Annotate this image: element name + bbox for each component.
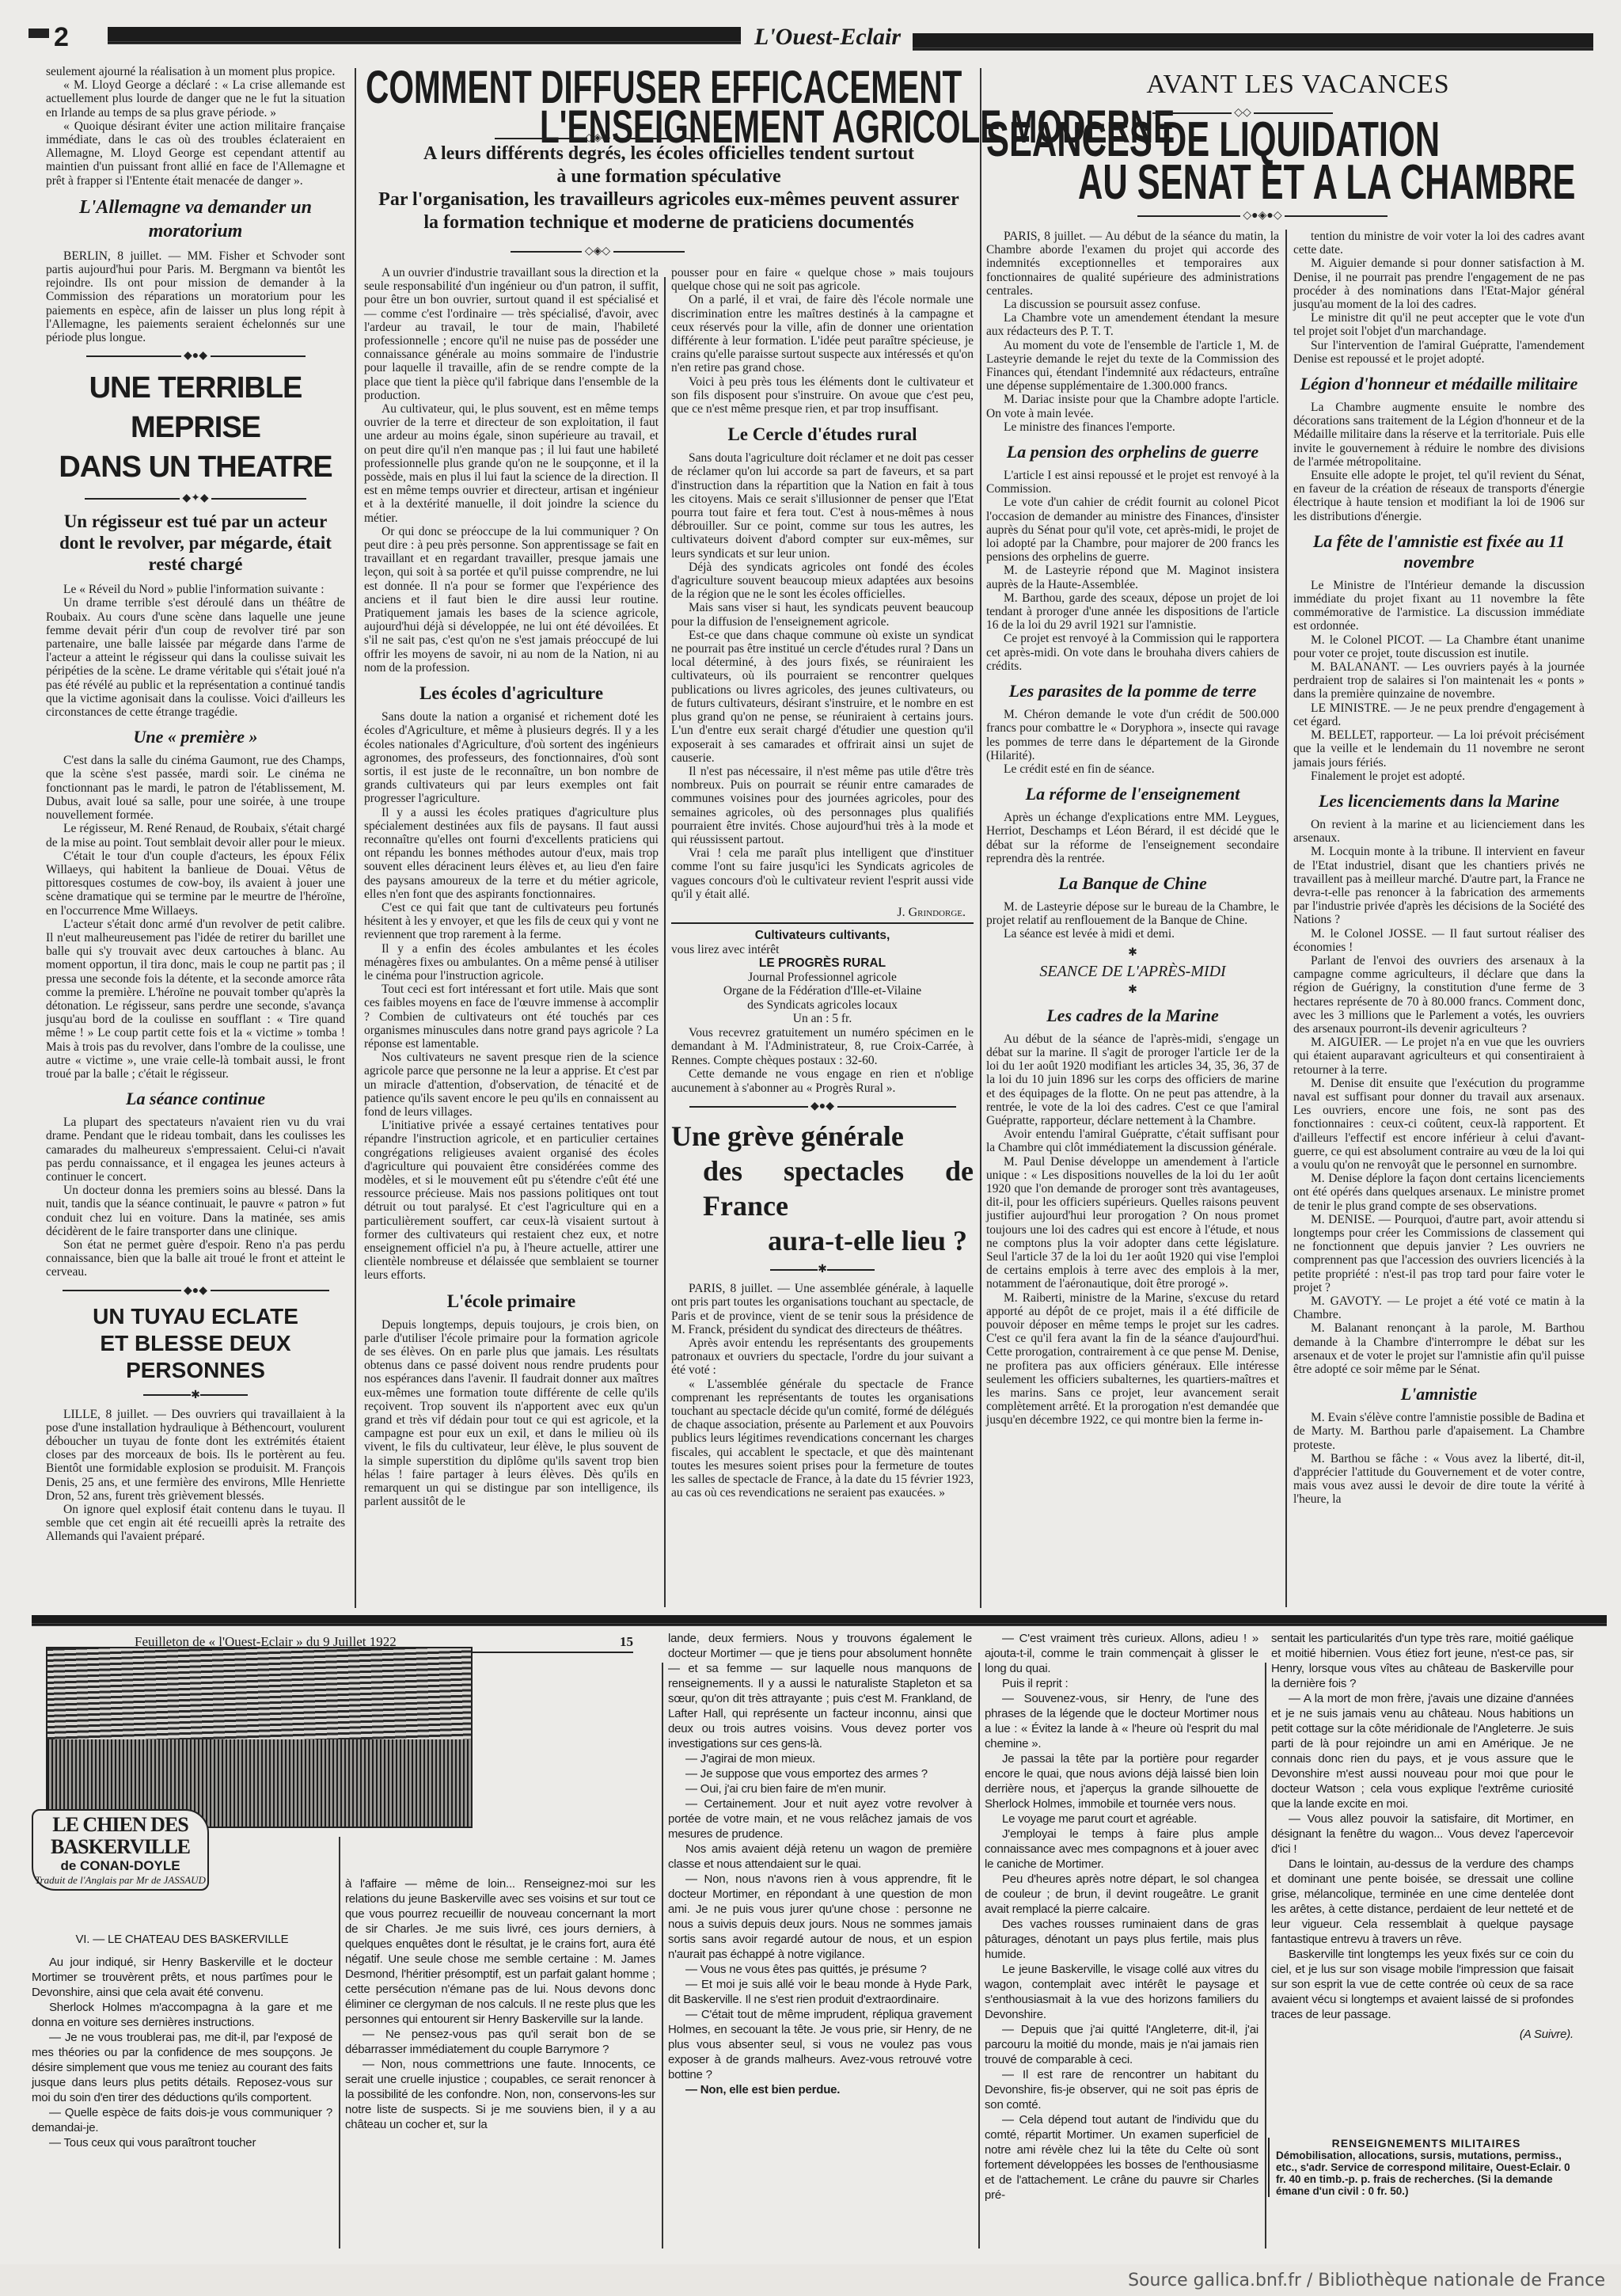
column-2: A un ouvrier d'industrie travaillant sou… [364, 266, 659, 1508]
paragraph: « Quoique désirant éviter une action mil… [46, 120, 345, 188]
paragraph: Ce projet est renvoyé à la Commission qu… [986, 632, 1279, 673]
paragraph: M. GAVOTY. — Le projet a été voté ce mat… [1293, 1294, 1585, 1321]
deck-line: la formation technique et moderne de pra… [364, 211, 974, 234]
masthead-rule [28, 29, 49, 38]
paragraph: M. Denise dit ensuite que l'exécution du… [1293, 1077, 1585, 1172]
paragraph: Le jeune Baskerville, le visage collé au… [985, 1962, 1258, 2022]
paragraph: M. Chéron demande le vote d'un crédit de… [986, 708, 1279, 762]
chapter-title: VI. — LE CHATEAU DES BASKERVILLE [32, 1932, 332, 1947]
column-rule [664, 277, 666, 1607]
paragraph: Au début de la séance de l'après-midi, s… [986, 1032, 1279, 1127]
column-5: tention du ministre de voir voter la loi… [1293, 230, 1585, 1507]
paragraph: M. de Lasteyrie répond que M. Maginot in… [986, 564, 1279, 591]
paragraph: Il y a enfin des écoles ambulantes et le… [364, 942, 659, 983]
paragraph: — Certainement. Jour et nuit ayez votre … [668, 1796, 972, 1842]
paragraph: — Tous ceux qui vous paraîtront toucher [32, 2135, 332, 2150]
paragraph: A un ouvrier d'industrie travaillant sou… [364, 266, 659, 402]
paragraph: — Non, elle est bien perdue. [668, 2082, 972, 2097]
masthead-rule-left [108, 27, 741, 44]
paragraph: — Il est rare de rencontrer un habitant … [985, 2067, 1258, 2112]
paragraph: Ensuite elle adopte le projet, tel qu'il… [1293, 469, 1585, 523]
ad-line: Organe de la Fédération d'Ille-et-Vilain… [671, 984, 974, 998]
column-1: seulement ajourné la réalisation à un mo… [46, 65, 345, 1544]
paragraph: « L'assemblée générale du spectacle de F… [671, 1378, 974, 1500]
story-translator: Traduit de l'Anglais par Mr de JASSAUD [33, 1874, 207, 1887]
subheading: La fête de l'amnistie est fixée au 11 no… [1293, 531, 1585, 572]
headline-line: DANS UN THEATRE [46, 447, 345, 487]
paragraph: — Souvenez-vous, sir Henry, de l'une des… [985, 1691, 1258, 1751]
column-rule [1285, 230, 1287, 1607]
headline-line: Une grève générale [671, 1119, 974, 1154]
paragraph: Le ministre dit qu'il ne peut accepter q… [1293, 311, 1585, 338]
paragraph: — Ne pensez-vous pas qu'il serait bon de… [345, 2027, 655, 2057]
paragraph: M. BALANANT. — Les ouvriers payés à la j… [1293, 660, 1585, 701]
column-rule [1265, 1663, 1266, 2248]
paragraph: M. le Colonel JOSSE. — Il faut surtout r… [1293, 927, 1585, 954]
paragraph: seulement ajourné la réalisation à un mo… [46, 65, 345, 78]
ad-title: LE PROGRÈS RURAL [671, 956, 974, 971]
paragraph: pousser pour en faire « quelque chose » … [671, 266, 974, 293]
headline-line: UN TUYAU ECLATE [46, 1303, 345, 1330]
ornament-divider: ✱ [986, 946, 1279, 960]
headline-line: UNE TERRIBLE MEPRISE [46, 368, 345, 447]
paragraph: — Vous allez pouvoir la satisfaire, dit … [1271, 1811, 1574, 1857]
ornament-divider: ✱ [46, 1389, 345, 1403]
column-4: PARIS, 8 juillet. — Au début de la séanc… [986, 230, 1279, 1427]
paragraph: Le Ministre de l'Intérieur demande la di… [1293, 579, 1585, 633]
paragraph: La plupart des spectateurs n'avaient rie… [46, 1116, 345, 1184]
masthead-rule-right [913, 33, 1593, 51]
subheading: L'école primaire [364, 1291, 659, 1312]
subheading: L'amnistie [1293, 1384, 1585, 1405]
subheading: La réforme de l'enseignement [986, 784, 1279, 804]
paragraph: Sans douta l'agriculture doit réclamer e… [671, 451, 974, 561]
ad-body: Cette demande ne vous engage en rien et … [671, 1067, 974, 1095]
subheading: La pension des orphelins de guerre [986, 442, 1279, 462]
paragraph: lande, deux fermiers. Nous y trouvons ég… [668, 1631, 972, 1751]
paragraph: M. Locquin monte à la tribune. Il interv… [1293, 845, 1585, 926]
subheading: Les cadres de la Marine [986, 1005, 1279, 1026]
paragraph: L'article I est ainsi repoussé et le pro… [986, 469, 1279, 496]
subheading: Les écoles d'agriculture [364, 682, 659, 704]
feuilleton-column-3: lande, deux fermiers. Nous y trouvons ég… [668, 1631, 972, 2097]
masthead: 2 L'Ouest-Eclair [14, 22, 1597, 51]
paragraph: Au cultivateur, qui, le plus souvent, es… [364, 402, 659, 525]
title-cartouche: LE CHIEN DES BASKERVILLE de CONAN-DOYLE … [32, 1809, 209, 1891]
column-3: pousser pour en faire « quelque chose » … [671, 266, 974, 1500]
paragraph: M. de Lasteyrie dépose sur le bureau de … [986, 900, 1279, 927]
paragraph: Sherlock Holmes m'accompagna à la gare e… [32, 2000, 332, 2030]
headline-greve: Une grève générale des spectacles de Fra… [671, 1119, 974, 1258]
subheading: Les parasites de la pomme de terre [986, 681, 1279, 701]
paragraph: Déjà des syndicats agricoles ont fondé d… [671, 561, 974, 602]
paragraph: sentait les particularités d'un type trè… [1271, 1631, 1574, 1691]
paragraph: M. Paul Denise développe un amendement à… [986, 1155, 1279, 1291]
paragraph: PARIS, 8 juillet. — Au début de la séanc… [986, 230, 1279, 298]
page-number: 2 [54, 22, 69, 53]
paragraph: M. Barthou se fâche : « Vous avez la lib… [1293, 1452, 1585, 1507]
ornament-divider: ◇●◈●◇ [1096, 209, 1429, 223]
newspaper-name: L'Ouest-Eclair [754, 24, 901, 51]
paragraph: Vrai ! cela me paraît plus intelligent q… [671, 846, 974, 901]
paragraph: M. DENISE. — Pourquoi, d'autre part, avo… [1293, 1213, 1585, 1294]
paragraph: Nos cultivateurs ne savent presque rien … [364, 1051, 659, 1119]
ornament-divider: ◆●◆ [46, 1284, 345, 1298]
paragraph: Il n'est pas nécessaire, il n'est même p… [671, 765, 974, 846]
paragraph: — Quelle espèce de faits dois-je vous co… [32, 2105, 332, 2135]
headline-line: AU SENAT ET A LA CHAMBRE [1078, 160, 1575, 206]
paragraph: Peu d'heures après notre départ, le sol … [985, 1872, 1258, 1917]
feuilleton-column-5: sentait les particularités d'un type trè… [1271, 1631, 1574, 2042]
headline-moratorium: L'Allemagne va demander un moratorium [46, 196, 345, 243]
paragraph: — C'était tout de même imprudent, répliq… [668, 2007, 972, 2082]
paragraph: — Vous ne vous êtes pas quittés, je prés… [668, 1962, 972, 1977]
ornament-divider: ✱ [671, 1263, 974, 1277]
deck-theatre: Un régisseur est tué par un acteur dont … [46, 511, 345, 575]
ornament-divider: ◇◈◇ [479, 245, 716, 259]
paragraph: tention du ministre de voir voter la loi… [1293, 230, 1585, 257]
paragraph: Après un échange d'explications entre MM… [986, 811, 1279, 865]
paragraph: PARIS, 8 juillet. — Une assemblée généra… [671, 1282, 974, 1336]
paragraph: Son état ne permet guère d'espoir. Reno … [46, 1238, 345, 1279]
ornament-divider: ✱ [986, 983, 1279, 998]
article-greve: Une grève générale des spectacles de Fra… [671, 1119, 974, 1500]
kicker: AVANT LES VACANCES [981, 70, 1615, 100]
paragraph: L'initiative privée a essayé certaines t… [364, 1119, 659, 1282]
paragraph: Je passai la tête par la portière pour r… [985, 1751, 1258, 1811]
illustration-moor [46, 1647, 473, 1828]
paragraph: Au jour indiqué, sir Henry Baskerville e… [32, 1955, 332, 2000]
paragraph: C'est ce qui fait que tant de cultivateu… [364, 901, 659, 942]
paragraph: Après avoir entendu les représentants de… [671, 1336, 974, 1378]
headline-line: des spectacles de France [671, 1154, 974, 1223]
paragraph: M. Raiberti, ministre de la Marine, s'ex… [986, 1291, 1279, 1427]
paragraph: On ignore quel explosif était contenu da… [46, 1503, 345, 1544]
paragraph: — Cela dépend tout autant de l'individu … [985, 2112, 1258, 2203]
notice-renseignements-militaires: RENSEIGNEMENTS MILITAIRES Démobilisation… [1268, 2138, 1577, 2197]
subheading: Les licenciements dans la Marine [1293, 791, 1585, 812]
feuilleton-column-4: — C'est vraiment très curieux. Allons, a… [985, 1631, 1258, 2203]
paragraph: M. Balanant renonçant à la parole, M. Ba… [1293, 1321, 1585, 1376]
paragraph: On a parlé, il et vrai, de faire dès l'é… [671, 293, 974, 374]
paragraph: — Depuis que j'ai quitté l'Angleterre, d… [985, 2022, 1258, 2067]
column-rule [355, 68, 356, 1608]
paragraph: — A la mort de mon frère, j'avais une di… [1271, 1691, 1574, 1811]
paragraph: Des vaches rousses ruminaient dans de gr… [985, 1917, 1258, 1962]
advertisement-progres-rural: Cultivateurs cultivants, vous lirez avec… [671, 929, 974, 1095]
headline-tuyau: UN TUYAU ECLATE ET BLESSE DEUX PERSONNES [46, 1303, 345, 1384]
paragraph: — C'est vraiment très curieux. Allons, a… [985, 1631, 1258, 1676]
ad-line: Cultivateurs cultivants, [671, 929, 974, 943]
ornament-divider: ◆●◆ [671, 1100, 974, 1114]
paragraph: — Je suppose que vous emportez des armes… [668, 1766, 972, 1781]
paragraph: Au moment du vote de l'ensemble de l'art… [986, 339, 1279, 393]
source-credit: Source gallica.bnf.fr / Bibliothèque nat… [1128, 2271, 1605, 2290]
paragraph: Nos amis avaient déjà retenu un wagon de… [668, 1842, 972, 1872]
paragraph: — Oui, j'ai cru bien faire de m'en munir… [668, 1781, 972, 1796]
subheading: Le Cercle d'études rural [671, 424, 974, 445]
column-rule [978, 1663, 980, 2248]
paragraph: La Chambre vote un amendement étendant l… [986, 311, 1279, 338]
paragraph: LE MINISTRE. — Je ne peux prendre d'enga… [1293, 701, 1585, 728]
paragraph: Sur l'intervention de l'amiral Guépratte… [1293, 339, 1585, 366]
to-be-continued: (A Suivre). [1271, 2027, 1574, 2042]
paragraph: — Non, nous n'avons rien à vous apprendr… [668, 1872, 972, 1962]
author-signature: J. Grindorge. [671, 906, 966, 919]
paragraph: Puis il reprit : [985, 1676, 1258, 1691]
paragraph: Il y a aussi les écoles pratiques d'agri… [364, 806, 659, 901]
paragraph: M. Evain s'élève contre l'amnistie possi… [1293, 1411, 1585, 1452]
headline-line: ET BLESSE DEUX PERSONNES [46, 1330, 345, 1384]
feuilleton-column-1: VI. — LE CHATEAU DES BASKERVILLE Au jour… [32, 1932, 332, 2150]
headline-line: aura-t-elle lieu ? [671, 1223, 974, 1258]
paragraph: On revient à la marine et au liciencieme… [1293, 818, 1585, 845]
paragraph: M. Barthou, garde des sceaux, dépose un … [986, 591, 1279, 633]
notice-heading: RENSEIGNEMENTS MILITAIRES [1276, 2138, 1577, 2150]
paragraph: Est-ce que dans chaque commune où existe… [671, 629, 974, 765]
paragraph: M. Dariac insiste pour que la Chambre ad… [986, 393, 1279, 420]
paragraph: La séance est levée à midi et demi. [986, 927, 1279, 941]
paragraph: Mais sans viser si haut, les syndicats p… [671, 601, 974, 628]
paragraph: Le ministre des finances l'emporte. [986, 420, 1279, 434]
ornament-divider: ◆●◆ [46, 349, 345, 363]
paragraph: M. AIGUIER. — Le projet n'a en vue que l… [1293, 1036, 1585, 1077]
paragraph: M. le Colonel PICOT. — La Chambre étant … [1293, 633, 1585, 660]
column-rule [662, 1663, 663, 2248]
paragraph: Or qui donc se préoccupe de la lui commu… [364, 525, 659, 675]
paragraph: — Non, nous commettrions une faute. Inno… [345, 2057, 655, 2132]
paragraph: « M. Lloyd George a déclaré : « La crise… [46, 78, 345, 120]
paragraph: Le régisseur, M. René Renaud, de Roubaix… [46, 822, 345, 849]
story-title: LE CHIEN DES BASKERVILLE [33, 1814, 207, 1858]
article-lloyd-george: seulement ajourné la réalisation à un mo… [46, 65, 345, 188]
paragraph: Le voyage me parut court et agréable. [985, 1811, 1258, 1827]
episode-number: 15 [620, 1634, 633, 1650]
ad-price: Un an : 5 fr. [671, 1012, 974, 1026]
paragraph: LILLE, 8 juillet. — Des ouvriers qui tra… [46, 1408, 345, 1503]
column-rule [980, 68, 981, 1608]
paragraph: Baskerville tint longtemps les yeux fixé… [1271, 1947, 1574, 2022]
ad-line: vous lirez avec intérêt [671, 943, 974, 957]
paragraph: La discussion se poursuit assez confuse. [986, 298, 1279, 311]
paragraph: Le « Réveil du Nord » publie l'informati… [46, 583, 345, 596]
headline-theatre: UNE TERRIBLE MEPRISE DANS UN THEATRE [46, 368, 345, 487]
paragraph: C'était le tour d'un couple d'acteurs, l… [46, 850, 345, 918]
subheading: Une « première » [46, 727, 345, 747]
paragraph: M. Denise déplore la façon dont certains… [1293, 1172, 1585, 1213]
paragraph: Le crédit esté en fin de séance. [986, 762, 1279, 776]
paragraph: Tout ceci est fort intéressant et fort u… [364, 983, 659, 1051]
subheading: Légion d'honneur et médaille militaire [1293, 374, 1585, 394]
paragraph: Le vote d'un cahier de crédit fournit au… [986, 496, 1279, 564]
newspaper-page: 2 L'Ouest-Eclair seulement ajourné la ré… [0, 0, 1621, 2264]
column-rule [339, 1837, 340, 2248]
divider [671, 922, 974, 924]
story-author: de CONAN-DOYLE [33, 1858, 207, 1874]
section-kicker: SEANCE DE L'APRÈS-MIDI [986, 965, 1279, 979]
paragraph: M. Aiguier demande si pour donner satisf… [1293, 257, 1585, 311]
ad-line: des Syndicats agricoles locaux [671, 998, 974, 1013]
deck-line: A leurs différents degrés, les écoles of… [364, 143, 974, 165]
section-rule [32, 1615, 1607, 1626]
paragraph: — J'agirai de mon mieux. [668, 1751, 972, 1766]
ad-line: Journal Professionnel agricole [671, 971, 974, 985]
ad-body: Vous recevrez gratuitement un numéro spé… [671, 1026, 974, 1068]
deck-agriculture: A leurs différents degrés, les écoles of… [364, 143, 974, 234]
paragraph: J'employai le temps à faire plus ample c… [985, 1827, 1258, 1872]
paragraph: Finalement le projet est adopté. [1293, 770, 1585, 783]
subheading: La Banque de Chine [986, 873, 1279, 894]
feuilleton-column-2: à l'affaire — même de loin... Renseignez… [345, 1876, 655, 2132]
paragraph: — Et moi je suis allé voir le beau monde… [668, 1977, 972, 2007]
paragraph: L'acteur s'était donc armé d'un revolver… [46, 918, 345, 1081]
paragraph: à l'affaire — même de loin... Renseignez… [345, 1876, 655, 2027]
paragraph: Un drame terrible s'est déroulé dans un … [46, 596, 345, 719]
paragraph: C'est dans la salle du cinéma Gaumont, r… [46, 754, 345, 822]
paragraph: BERLIN, 8 juillet. — MM. Fisher et Schvo… [46, 249, 345, 344]
paragraph: Depuis longtemps, depuis toujours, je cr… [364, 1318, 659, 1509]
subheading: La séance continue [46, 1089, 345, 1109]
paragraph: Avoir entendu l'amiral Guépratte, c'étai… [986, 1127, 1279, 1154]
paragraph: M. BELLET, rapporteur. — La loi prévoit … [1293, 728, 1585, 770]
paragraph: La Chambre augmente ensuite le nombre de… [1293, 401, 1585, 469]
deck-line: Par l'organisation, les travailleurs agr… [364, 188, 974, 211]
paragraph: Parlant de l'envoi des ouvriers des arse… [1293, 954, 1585, 1036]
notice-body: Démobilisation, allocations, sursis, mut… [1276, 2150, 1577, 2197]
deck-line: à une formation spéculative [364, 165, 974, 188]
paragraph: Dans le lointain, au-dessus de la verdur… [1271, 1857, 1574, 1947]
paragraph: Voici à peu près tous les éléments dont … [671, 375, 974, 416]
paragraph: — Je ne vous troublerai pas, me dit-il, … [32, 2030, 332, 2105]
paragraph: Un docteur donna les premiers soins au b… [46, 1184, 345, 1238]
paragraph: Sans doute la nation a organisé et riche… [364, 710, 659, 805]
ornament-divider: ◆✦◆ [46, 492, 345, 506]
